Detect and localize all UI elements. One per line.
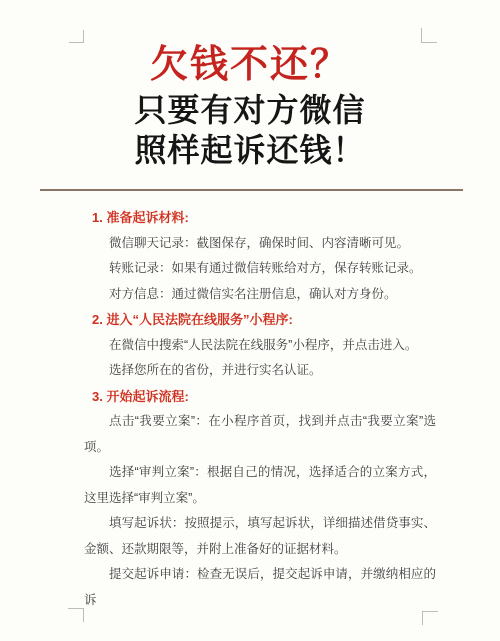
crop-mark-bottom-right [422, 611, 438, 625]
section-3-heading: 3. 开始起诉流程: [84, 384, 436, 410]
section-3-paragraph-3: 填写起诉状：按照提示，填写起诉状，详细描述借贷事实、金额、还款期限等，并附上准备… [84, 511, 436, 562]
section-2-paragraph-1: 在微信中搜索“人民法院在线服务”小程序，并点击进入。 [84, 333, 436, 359]
section-1-paragraph-2: 转账记录：如果有通过微信转账给对方，保存转账记录。 [84, 256, 436, 282]
section-2-paragraph-2: 选择您所在的省份，并进行实名认证。 [84, 358, 436, 384]
subtitle-line-2: 照样起诉还钱！ [0, 130, 500, 170]
crop-mark-bottom-left [68, 608, 84, 622]
section-1-heading: 1. 准备起诉材料: [84, 205, 436, 231]
subtitle-line-1: 只要有对方微信 [0, 90, 500, 130]
section-3-paragraph-1: 点击“我要立案”：在小程序首页，找到并点击“我要立案”选项。 [84, 409, 436, 460]
section-1-paragraph-3: 对方信息：通过微信实名注册信息，确认对方身份。 [84, 282, 436, 308]
section-1-paragraph-1: 微信聊天记录：截图保存，确保时间、内容清晰可见。 [84, 231, 436, 257]
section-3-paragraph-4: 提交起诉申请：检查无误后，提交起诉申请，并缴纳相应的诉 [84, 562, 436, 613]
section-3-paragraph-2: 选择“审判立案”：根据自己的情况，选择适合的立案方式，这里选择“审判立案”。 [84, 460, 436, 511]
main-title: 欠钱不还？ [0, 40, 500, 90]
title-divider [40, 189, 463, 191]
section-2-heading: 2. 进入“人民法院在线服务”小程序: [84, 307, 436, 333]
document-page: 欠钱不还？ 只要有对方微信 照样起诉还钱！ 1. 准备起诉材料: 微信聊天记录：… [0, 0, 500, 641]
document-header: 欠钱不还？ 只要有对方微信 照样起诉还钱！ [0, 40, 500, 170]
document-body: 1. 准备起诉材料: 微信聊天记录：截图保存，确保时间、内容清晰可见。 转账记录… [84, 205, 436, 613]
